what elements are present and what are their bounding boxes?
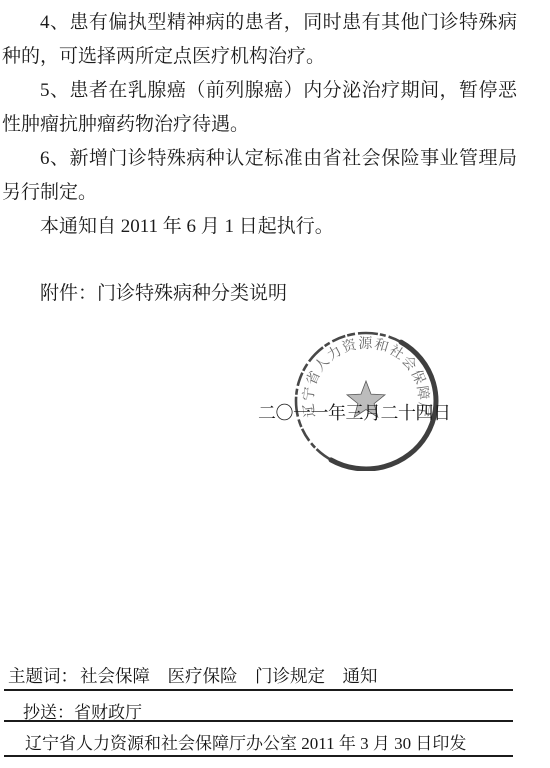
subject-keywords-row: 主题词：社会保障 医疗保险 门诊规定 通知 (8, 663, 378, 688)
subject-label: 主题词： (8, 666, 78, 686)
written-date: 二〇一一年三月二十四日 (258, 399, 451, 425)
issuer-line: 辽宁省人力资源和社会保障厅办公室 2011 年 3 月 30 日印发 (25, 729, 466, 754)
body-paragraph-5: 5、患者在乳腺癌（前列腺癌）内分泌治疗期间，暂停恶性肿瘤抗肿瘤药物治疗待遇。 (2, 74, 517, 142)
body-paragraph-6: 6、新增门诊特殊病种认定标准由省社会保险事业管理局另行制定。 (2, 142, 517, 210)
footer-divider-1 (4, 689, 513, 691)
footer-divider-3 (4, 755, 513, 757)
document-page: 4、患有偏执型精神病的患者，同时患有其他门诊特殊病种的，可选择两所定点医疗机构治… (0, 0, 550, 768)
body-paragraph-4: 4、患有偏执型精神病的患者，同时患有其他门诊特殊病种的，可选择两所定点医疗机构治… (2, 6, 517, 74)
body-text-block: 4、患有偏执型精神病的患者，同时患有其他门诊特殊病种的，可选择两所定点医疗机构治… (2, 6, 517, 311)
subject-terms: 社会保障 医疗保险 门诊规定 通知 (80, 666, 378, 686)
attachment-line: 附件：门诊特殊病种分类说明 (2, 277, 517, 311)
effective-date-paragraph: 本通知自 2011 年 6 月 1 日起执行。 (2, 210, 517, 244)
footer-divider-2 (4, 720, 513, 722)
